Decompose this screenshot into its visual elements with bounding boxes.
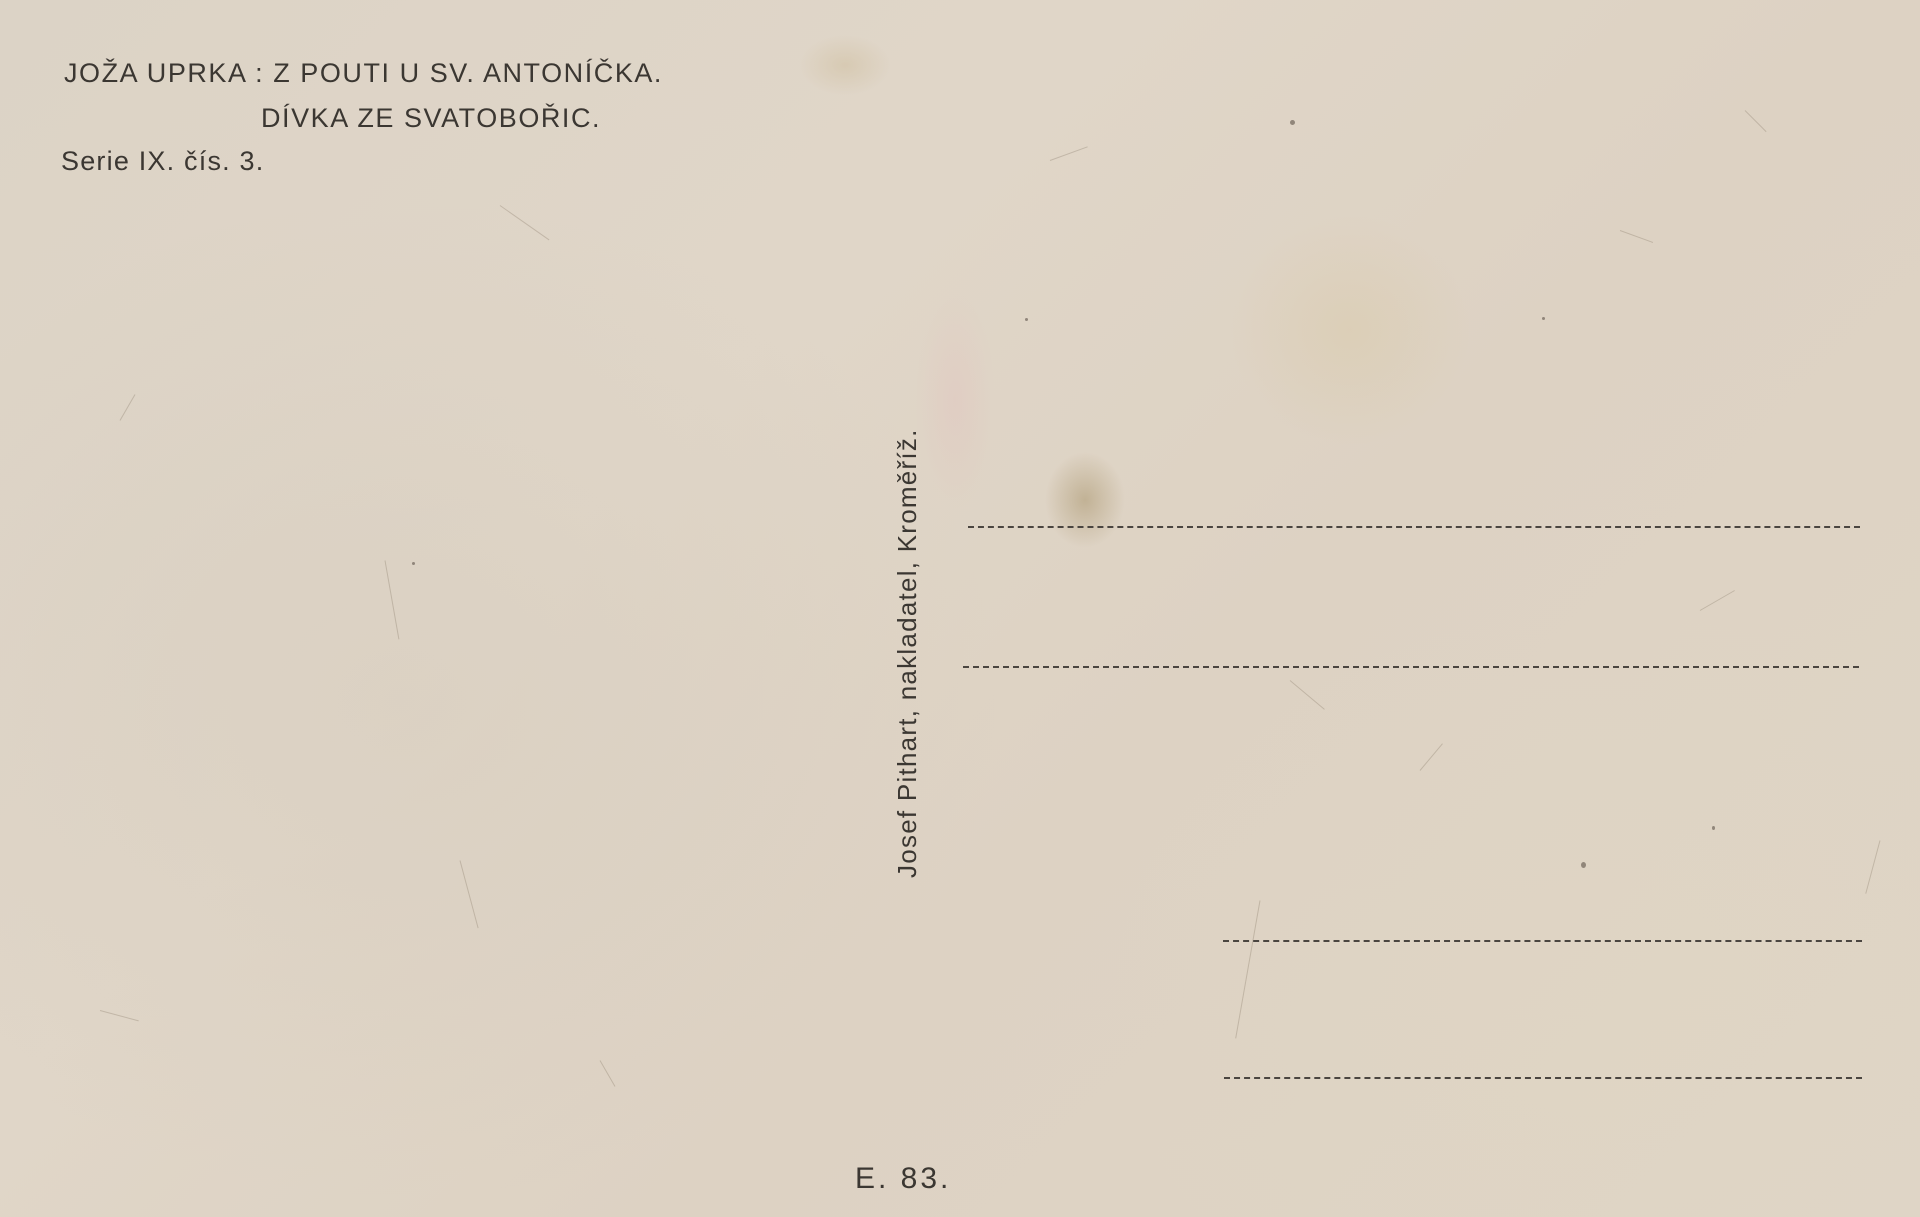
artwork-subtitle: DÍVKA ZE SVATOBOŘIC. <box>261 105 601 132</box>
catalog-number: E. 83. <box>855 1164 951 1194</box>
address-line <box>1224 1077 1862 1079</box>
postcard-back: JOŽA UPRKA : Z POUTI U SV. ANTONÍČKA. DÍ… <box>0 0 1920 1217</box>
artwork-title: JOŽA UPRKA : Z POUTI U SV. ANTONÍČKA. <box>64 60 663 87</box>
address-line <box>968 526 1860 528</box>
address-line <box>1223 940 1862 942</box>
address-line <box>963 666 1859 668</box>
series-number: Serie IX. čís. 3. <box>61 148 264 175</box>
publisher-imprint: Josef Pithart, nakladatel, Kroměříž. <box>894 428 920 878</box>
